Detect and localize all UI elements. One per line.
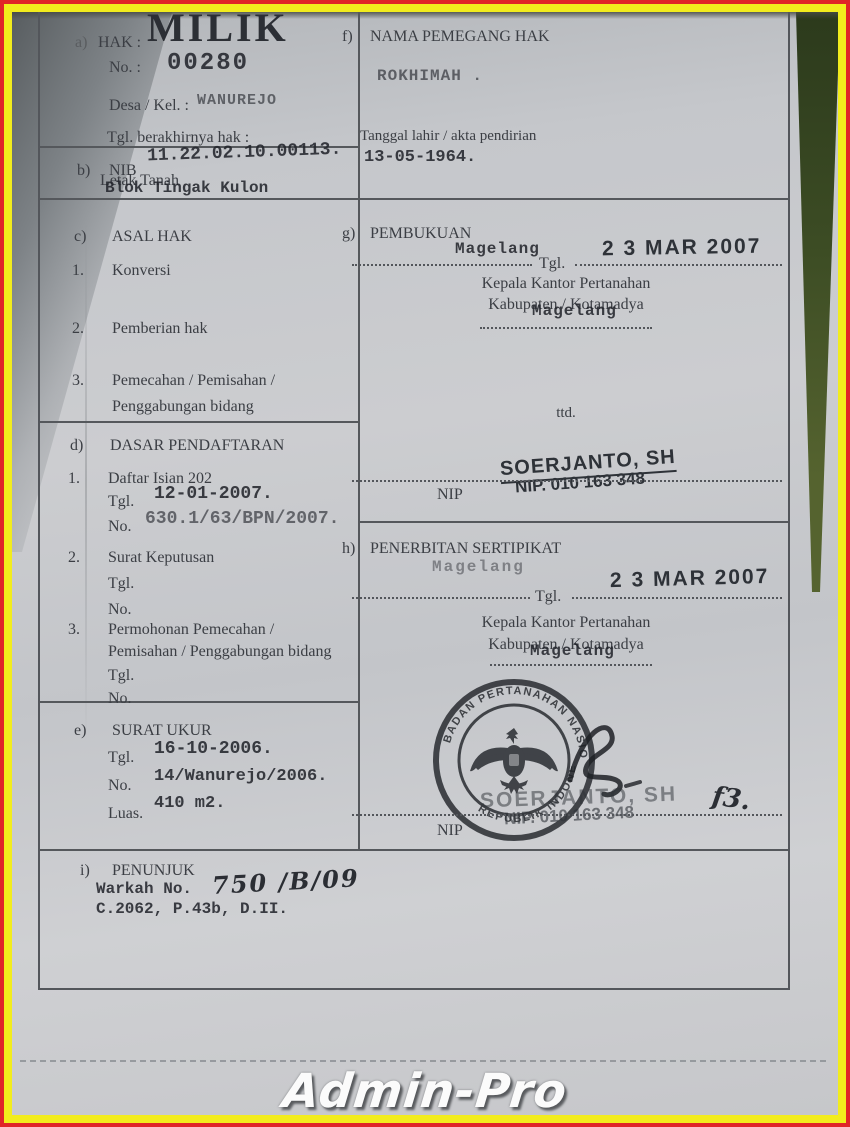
- e-no-label: No.: [108, 777, 132, 795]
- e-luas-label: Luas.: [108, 805, 143, 823]
- g-dotted-line-nip: [352, 480, 782, 482]
- section-c-title: ASAL HAK: [112, 228, 192, 246]
- g-dotted-line-office: [480, 327, 652, 329]
- d3-label2: Pemisahan / Penggabungan bidang: [108, 643, 332, 661]
- h-date-stamp: 2 3 MAR 2007: [610, 565, 770, 593]
- hak-label: HAK :: [98, 34, 141, 52]
- d2-num: 2.: [68, 549, 80, 567]
- paraf-mark: f3.: [710, 781, 752, 816]
- asal-item1-label: Konversi: [112, 262, 171, 280]
- g-date-stamp: 2 3 MAR 2007: [602, 235, 762, 262]
- watermark-label: Admin-Pro: [280, 1064, 570, 1115]
- d3-no-label: No.: [108, 690, 132, 708]
- section-i-code: i): [80, 862, 90, 880]
- no-label: No. :: [109, 59, 141, 77]
- asal-item2-label: Pemberian hak: [112, 320, 208, 338]
- g-dotted-line-right: [575, 264, 782, 266]
- e-tgl-label: Tgl.: [108, 749, 134, 767]
- section-f-code: f): [342, 28, 353, 46]
- h-dotted-line-right: [572, 597, 782, 599]
- d1-tgl-value: 12-01-2007.: [154, 484, 273, 504]
- row-line-i-top: [40, 849, 788, 851]
- hak-type-value: MILIK: [147, 12, 289, 51]
- section-i-title: PENUNJUK: [112, 862, 195, 880]
- asal-item1-num: 1.: [72, 262, 84, 280]
- section-d-code: d): [70, 437, 83, 455]
- g-tgl-label: Tgl.: [539, 255, 565, 273]
- h-office-place-typed: Magelang: [530, 642, 615, 660]
- holder-name: ROKHIMAH .: [377, 67, 483, 85]
- h-nip-label: NIP: [437, 822, 463, 840]
- g-place-typed: Magelang: [455, 240, 540, 258]
- d2-label: Surat Keputusan: [108, 549, 214, 567]
- photo-frame-red: a) HAK : MILIK No. : 00280 Desa / Kel. :…: [0, 0, 850, 1127]
- h-place-typed: Magelang: [432, 558, 525, 576]
- section-e-title: SURAT UKUR: [112, 722, 212, 740]
- g-nip-label: NIP: [437, 486, 463, 504]
- d1-num: 1.: [68, 470, 80, 488]
- d2-no-label: No.: [108, 601, 132, 619]
- section-a-code: a): [75, 34, 87, 52]
- section-b-code: b): [77, 162, 90, 180]
- d3-num: 3.: [68, 621, 80, 639]
- g-dotted-line-left: [352, 264, 532, 266]
- e-no-value: 14/Wanurejo/2006.: [154, 767, 327, 786]
- h-dotted-line-office: [490, 664, 652, 666]
- d2-tgl-label: Tgl.: [108, 575, 134, 593]
- h-tgl-label: Tgl.: [535, 588, 561, 606]
- section-d-title: DASAR PENDAFTARAN: [110, 437, 284, 455]
- asal-item3-num: 3.: [72, 372, 84, 390]
- letak-tanah-value: Blok Tingak Kulon: [105, 179, 268, 197]
- section-h-code: h): [342, 540, 355, 558]
- warkah-typed: Warkah No.: [96, 880, 192, 898]
- g-office-place-typed: Magelang: [532, 302, 617, 320]
- perforation-line: [20, 1060, 826, 1062]
- asal-item2-num: 2.: [72, 320, 84, 338]
- g-office-line1: Kepala Kantor Pertanahan: [406, 275, 726, 293]
- document-photo: a) HAK : MILIK No. : 00280 Desa / Kel. :…: [12, 12, 838, 1115]
- section-e-code: e): [74, 722, 86, 740]
- garuda-emblem: [470, 728, 558, 794]
- g-ttd-label: ttd.: [406, 405, 726, 422]
- e-luas-value: 410 m2.: [154, 794, 225, 813]
- d1-tgl-label: Tgl.: [108, 493, 134, 511]
- certificate-number: 00280: [167, 50, 249, 77]
- e-tgl-value: 16-10-2006.: [154, 739, 273, 759]
- asal-item3-label: Pemecahan / Pemisahan /: [112, 372, 275, 390]
- birth-value: 13-05-1964.: [364, 148, 476, 167]
- section-g-code: g): [342, 225, 355, 243]
- photo-frame-yellow: a) HAK : MILIK No. : 00280 Desa / Kel. :…: [4, 4, 846, 1123]
- row-line-d-e: [40, 701, 360, 703]
- row-line-top-full: [40, 198, 788, 200]
- refs-value: C.2062, P.43b, D.II.: [96, 900, 288, 918]
- d3-label: Permohonan Pemecahan /: [108, 621, 274, 639]
- section-h-title: PENERBITAN SERTIPIKAT: [370, 540, 561, 558]
- d3-tgl-label: Tgl.: [108, 667, 134, 685]
- row-line-c-d: [40, 421, 360, 423]
- asal-item3-label2: Penggabungan bidang: [112, 398, 254, 416]
- d1-no-label: No.: [108, 518, 132, 536]
- desa-label: Desa / Kel. :: [109, 97, 189, 115]
- h-dotted-line-nip: [352, 814, 782, 816]
- h-office-line1: Kepala Kantor Pertanahan: [406, 614, 726, 632]
- h-dotted-line-left: [352, 597, 530, 599]
- d1-no-value: 630.1/63/BPN/2007.: [145, 509, 339, 529]
- birth-label: Tanggal lahir / akta pendirian: [360, 128, 536, 145]
- section-f-title: NAMA PEMEGANG HAK: [370, 28, 550, 46]
- desa-value: WANUREJO: [197, 92, 277, 109]
- section-c-code: c): [74, 228, 86, 246]
- row-line-g-h: [358, 521, 788, 523]
